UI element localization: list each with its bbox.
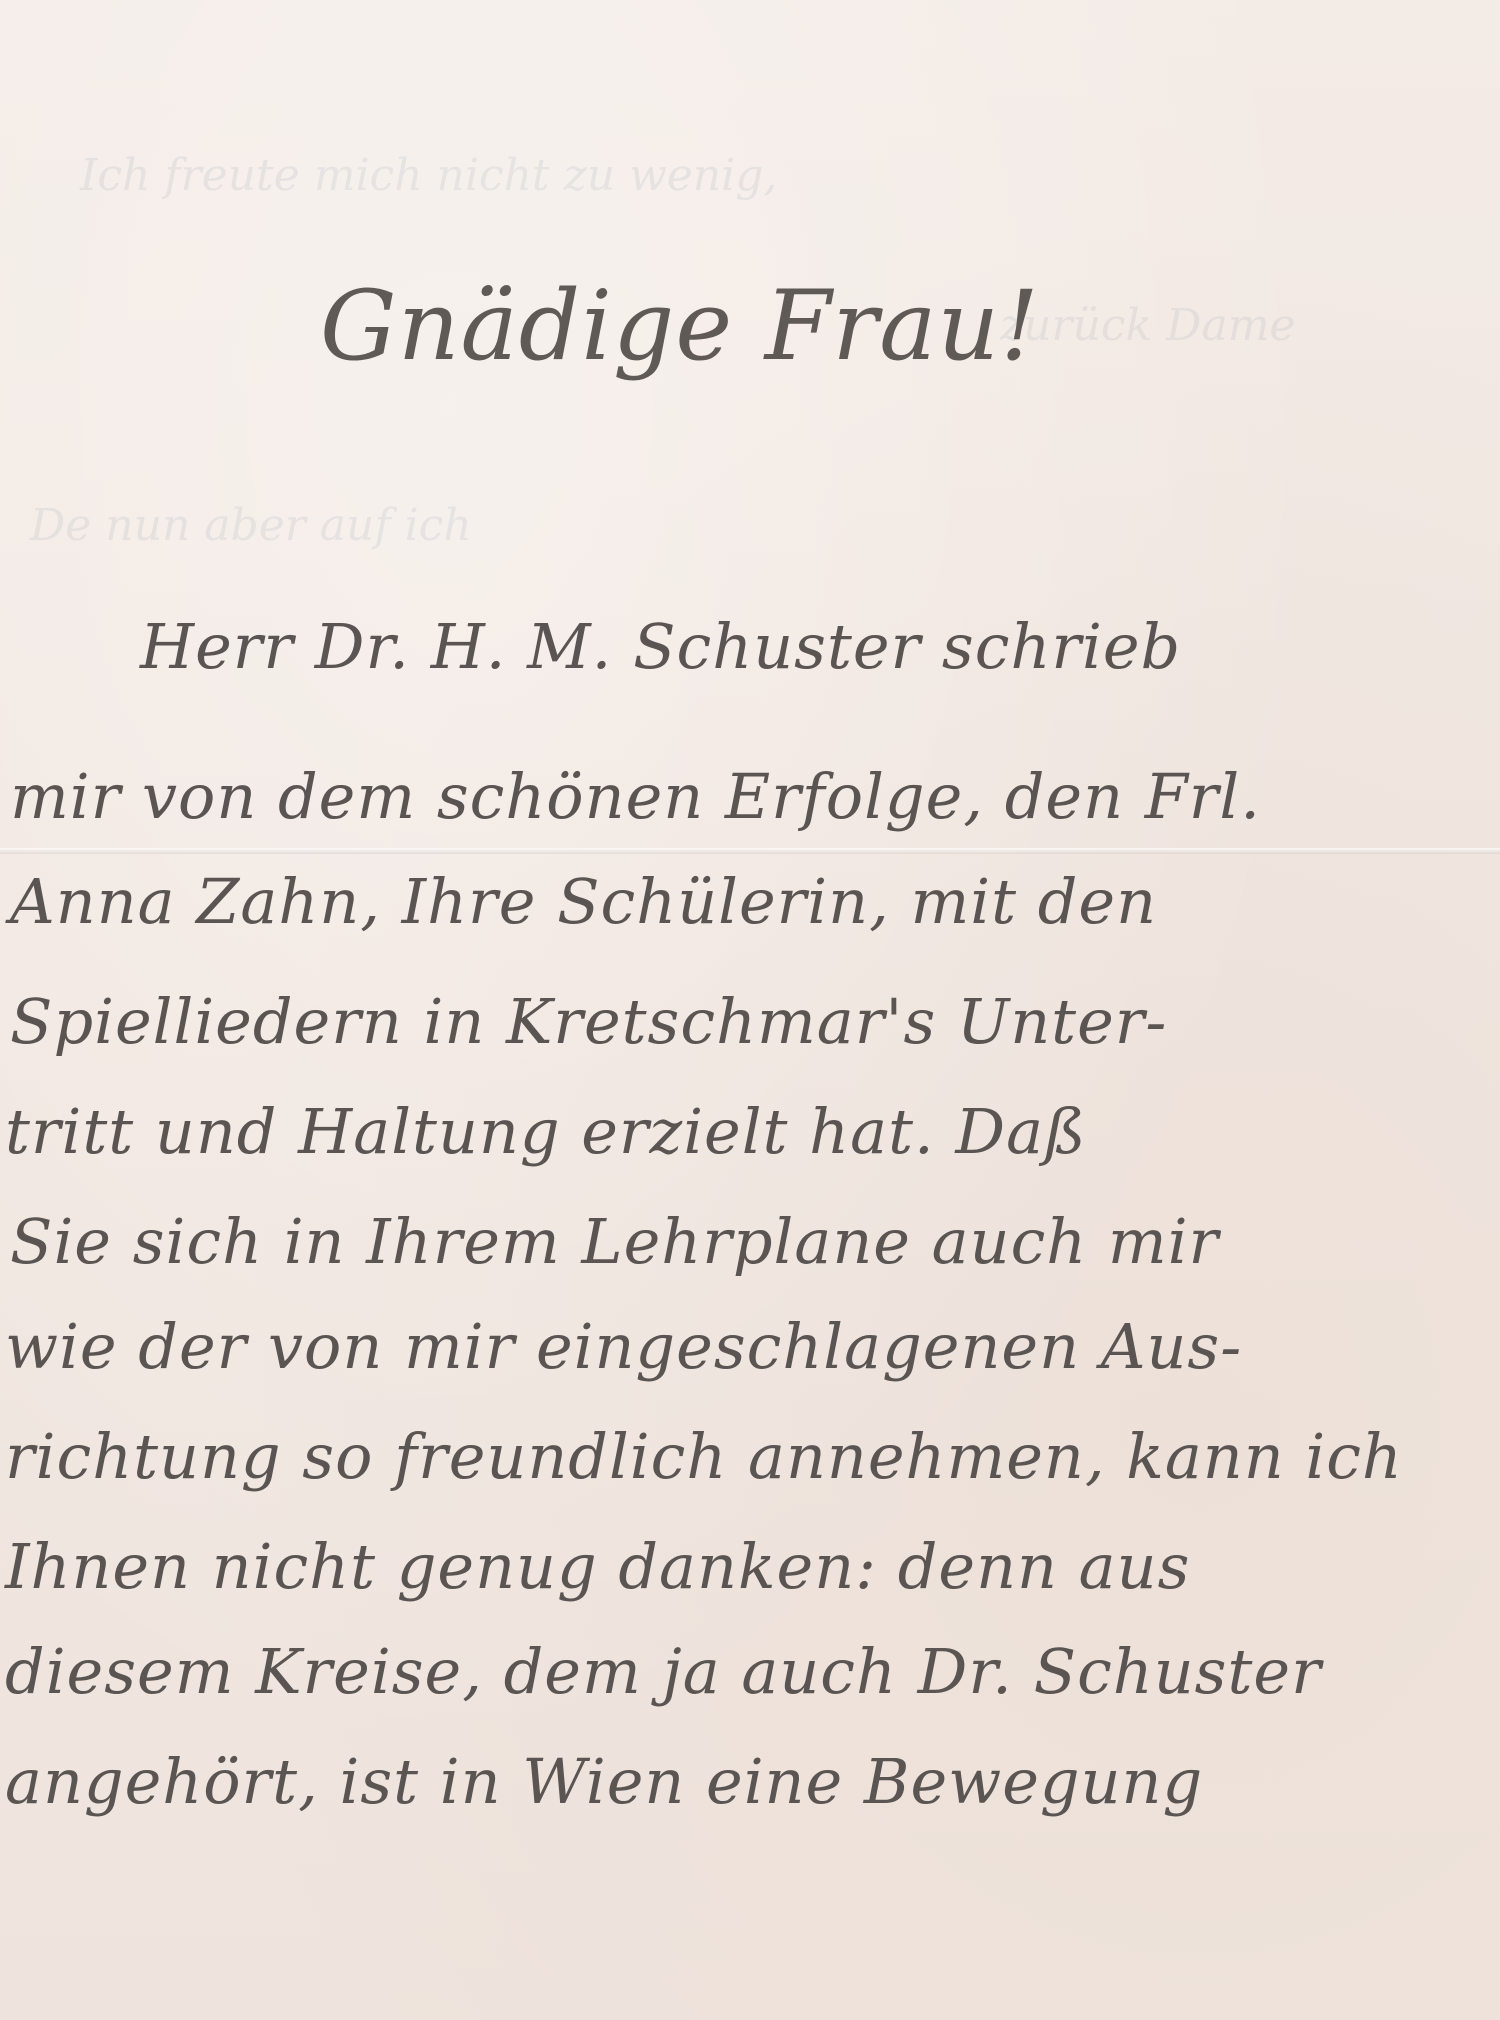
- letter-line: wie der von mir eingeschlagenen Aus-: [5, 1310, 1242, 1383]
- letter-line: Anna Zahn, Ihre Schülerin, mit den: [10, 865, 1157, 938]
- letter-line: Sie sich in Ihrem Lehrplane auch mir: [10, 1205, 1219, 1278]
- paper-fold: [0, 848, 1500, 854]
- bleed-through-text: De nun aber auf ich: [30, 500, 472, 551]
- letter-line: mir von dem schönen Erfolge, den Frl.: [10, 760, 1261, 833]
- letter-line: diesem Kreise, dem ja auch Dr. Schuster: [5, 1635, 1322, 1708]
- letter-line: Herr Dr. H. M. Schuster schrieb: [140, 610, 1181, 683]
- letter-line: angehört, ist in Wien eine Bewegung: [5, 1745, 1203, 1818]
- letter-line: tritt und Haltung erzielt hat. Daß: [5, 1095, 1087, 1168]
- bleed-through-text: Ich freute mich nicht zu wenig,: [80, 150, 777, 201]
- letter-line: richtung so freundlich annehmen, kann ic…: [5, 1420, 1403, 1493]
- bleed-through-text: zurück Dame: [1000, 300, 1295, 351]
- letter-line: Spielliedern in Kretschmar's Unter-: [10, 985, 1167, 1058]
- salutation: Gnädige Frau!: [320, 270, 1040, 382]
- letter-line: Ihnen nicht genug danken: denn aus: [5, 1530, 1190, 1603]
